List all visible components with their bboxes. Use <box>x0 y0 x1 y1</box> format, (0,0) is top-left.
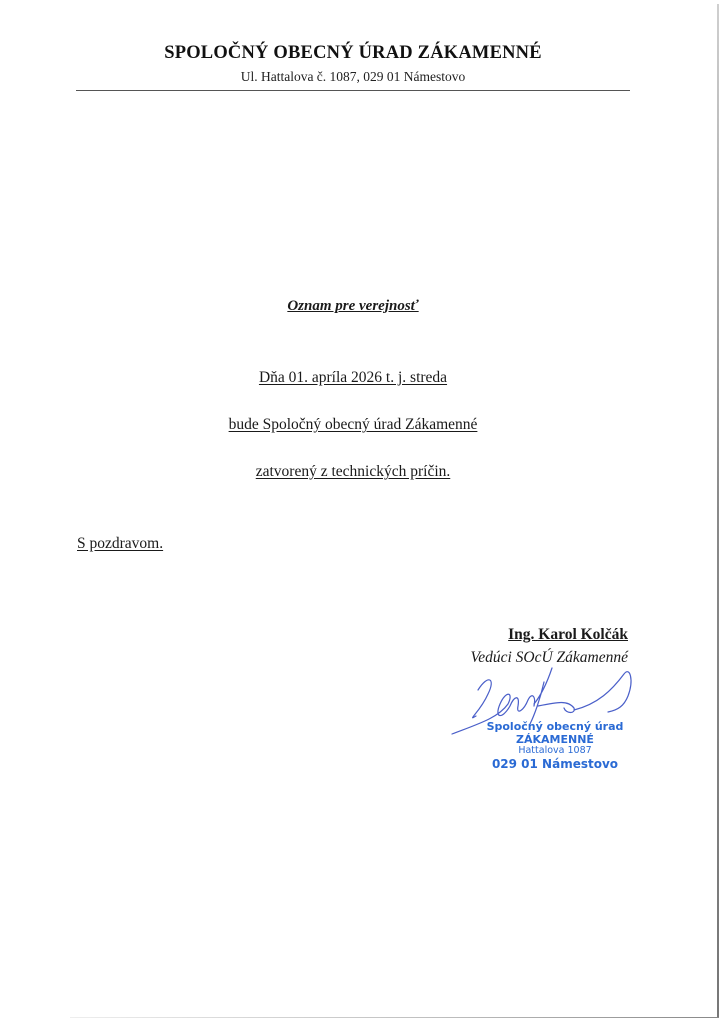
header-divider <box>76 90 630 91</box>
greeting: S pozdravom. <box>77 535 163 553</box>
notice-line-date: Dňa 01. apríla 2026 t. j. streda <box>0 369 706 387</box>
page-edge-bottom <box>70 1017 719 1018</box>
stamp-line-town: ZÁKAMENNÉ <box>470 734 640 745</box>
notice-heading: Oznam pre verejnosť <box>0 298 706 315</box>
official-stamp: Spoločný obecný úrad ZÁKAMENNÉ Hattalova… <box>470 721 640 770</box>
office-title: SPOLOČNÝ OBECNÝ ÚRAD ZÁKAMENNÉ <box>0 43 706 64</box>
stamp-line-postcode: 029 01 Námestovo <box>470 758 640 770</box>
notice-line-reason: zatvorený z technických príčin. <box>0 463 706 481</box>
office-address: Ul. Hattalova č. 1087, 029 01 Námestovo <box>0 69 706 85</box>
page-edge-right <box>717 4 719 1018</box>
stamp-line-street: Hattalova 1087 <box>470 746 640 756</box>
stamp-line-office: Spoločný obecný úrad <box>470 721 640 732</box>
signer-name: Ing. Karol Kolčák <box>508 626 628 644</box>
notice-line-office: bude Spoločný obecný úrad Zákamenné <box>0 416 706 434</box>
